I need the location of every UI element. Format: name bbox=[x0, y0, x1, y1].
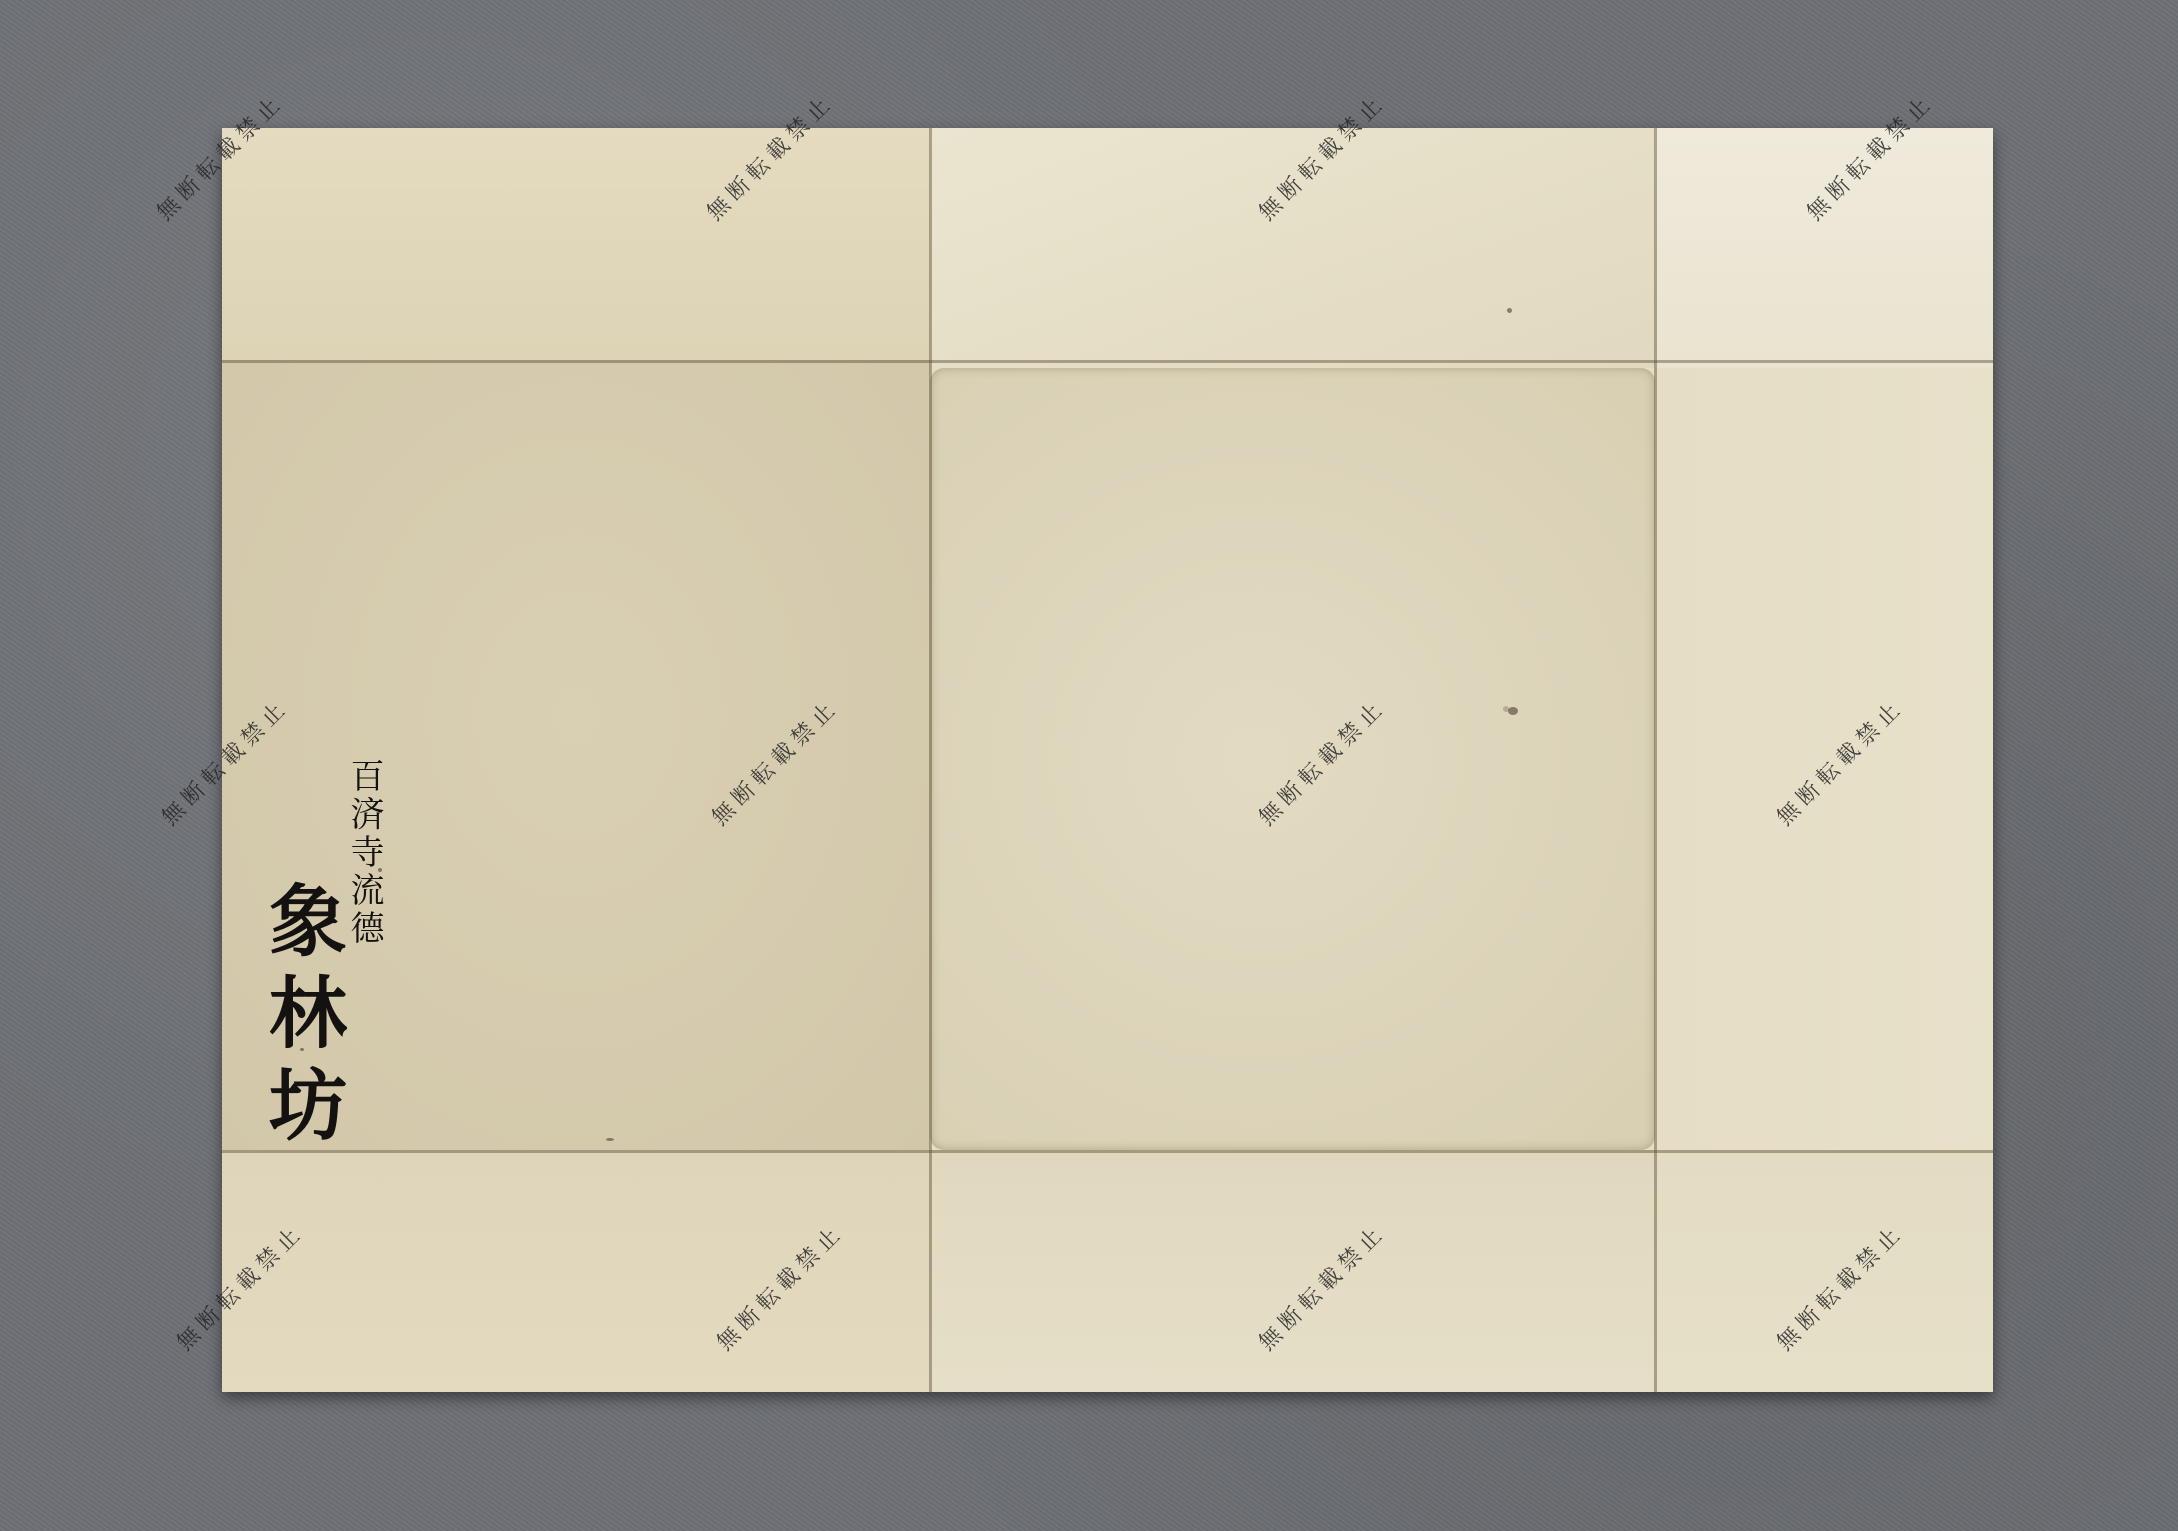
panel-right-bottom bbox=[1655, 1150, 1993, 1392]
panel-left-top bbox=[222, 128, 930, 360]
fold-line-vertical-left bbox=[929, 128, 932, 1392]
inscription-large: 象林坊 bbox=[262, 880, 340, 1156]
ink-dot bbox=[1508, 707, 1518, 715]
inscription-small: 百済寺流德 bbox=[347, 758, 381, 948]
fold-line-vertical-right bbox=[1654, 128, 1657, 1392]
fold-line-horizontal-bottom bbox=[222, 1150, 1993, 1153]
folded-paper: 百済寺流德 象林坊 bbox=[222, 128, 1993, 1392]
fold-line-horizontal-top bbox=[222, 360, 1993, 363]
panel-right-top bbox=[1655, 128, 1993, 368]
panel-left-bottom bbox=[222, 1150, 930, 1392]
panel-center-bottom bbox=[930, 1150, 1655, 1392]
paper-speck bbox=[606, 1138, 614, 1141]
panel-center-middle bbox=[930, 368, 1655, 1150]
paper-speck bbox=[1507, 308, 1512, 313]
